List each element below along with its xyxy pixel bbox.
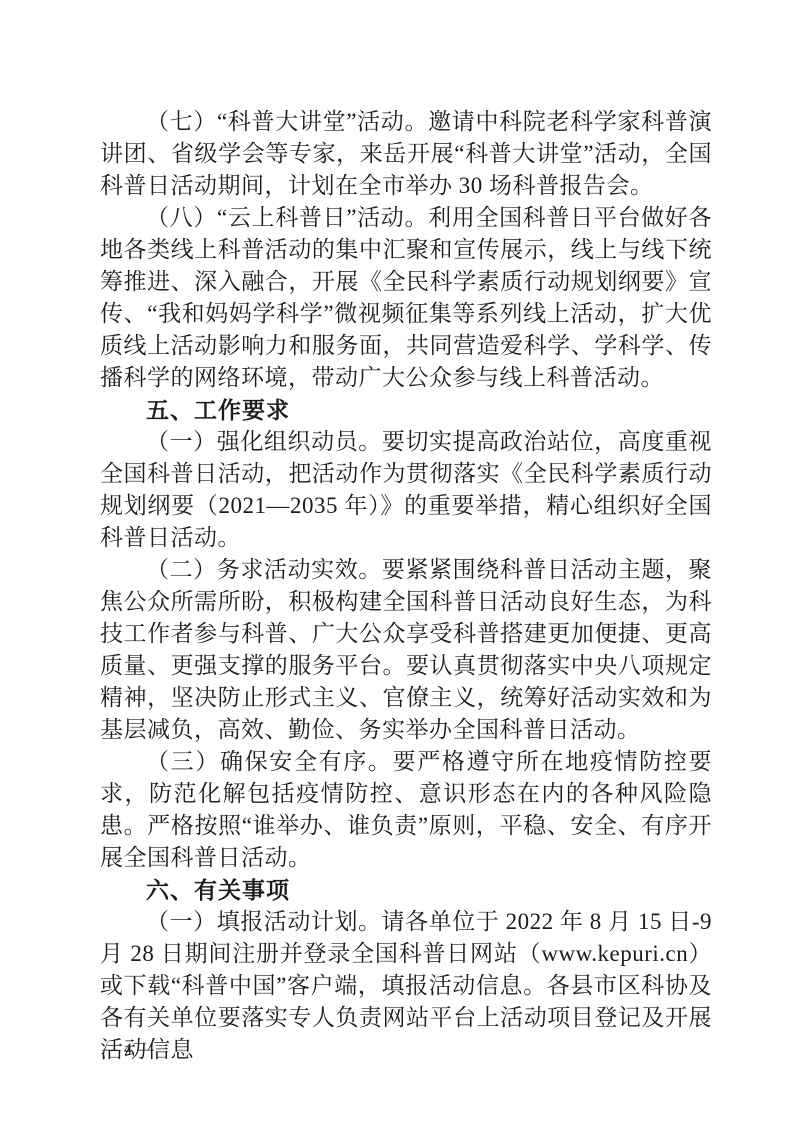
paragraph-item-7: （七）“科普大讲堂”活动。邀请中科院老科学家科普演讲团、省级学会等专家，来岳开展… — [100, 106, 712, 202]
paragraph-item-8: （八）“云上科普日”活动。利用全国科普日平台做好各地各类线上科普活动的集中汇聚和… — [100, 202, 712, 394]
section-heading-work-requirements: 五、工作要求 — [100, 394, 712, 426]
document-body: （七）“科普大讲堂”活动。邀请中科院老科学家科普演讲团、省级学会等专家，来岳开展… — [100, 106, 712, 1066]
paragraph-pursue-effectiveness: （二）务求活动实效。要紧紧围绕科普日活动主题，聚焦公众所需所盼，积极构建全国科普… — [100, 554, 712, 746]
page-number: — 4 — — [102, 1040, 155, 1060]
section-heading-related-matters: 六、有关事项 — [100, 874, 712, 906]
paragraph-ensure-safety: （三）确保安全有序。要严格遵守所在地疫情防控要求，防范化解包括疫情防控、意识形态… — [100, 746, 712, 874]
document-page: （七）“科普大讲堂”活动。邀请中科院老科学家科普演讲团、省级学会等专家，来岳开展… — [0, 0, 793, 1122]
paragraph-fill-activity-plan: （一）填报活动计划。请各单位于 2022 年 8 月 15 日-9 月 28 日… — [100, 906, 712, 1066]
paragraph-strengthen-organization: （一）强化组织动员。要切实提高政治站位，高度重视全国科普日活动，把活动作为贯彻落… — [100, 426, 712, 554]
